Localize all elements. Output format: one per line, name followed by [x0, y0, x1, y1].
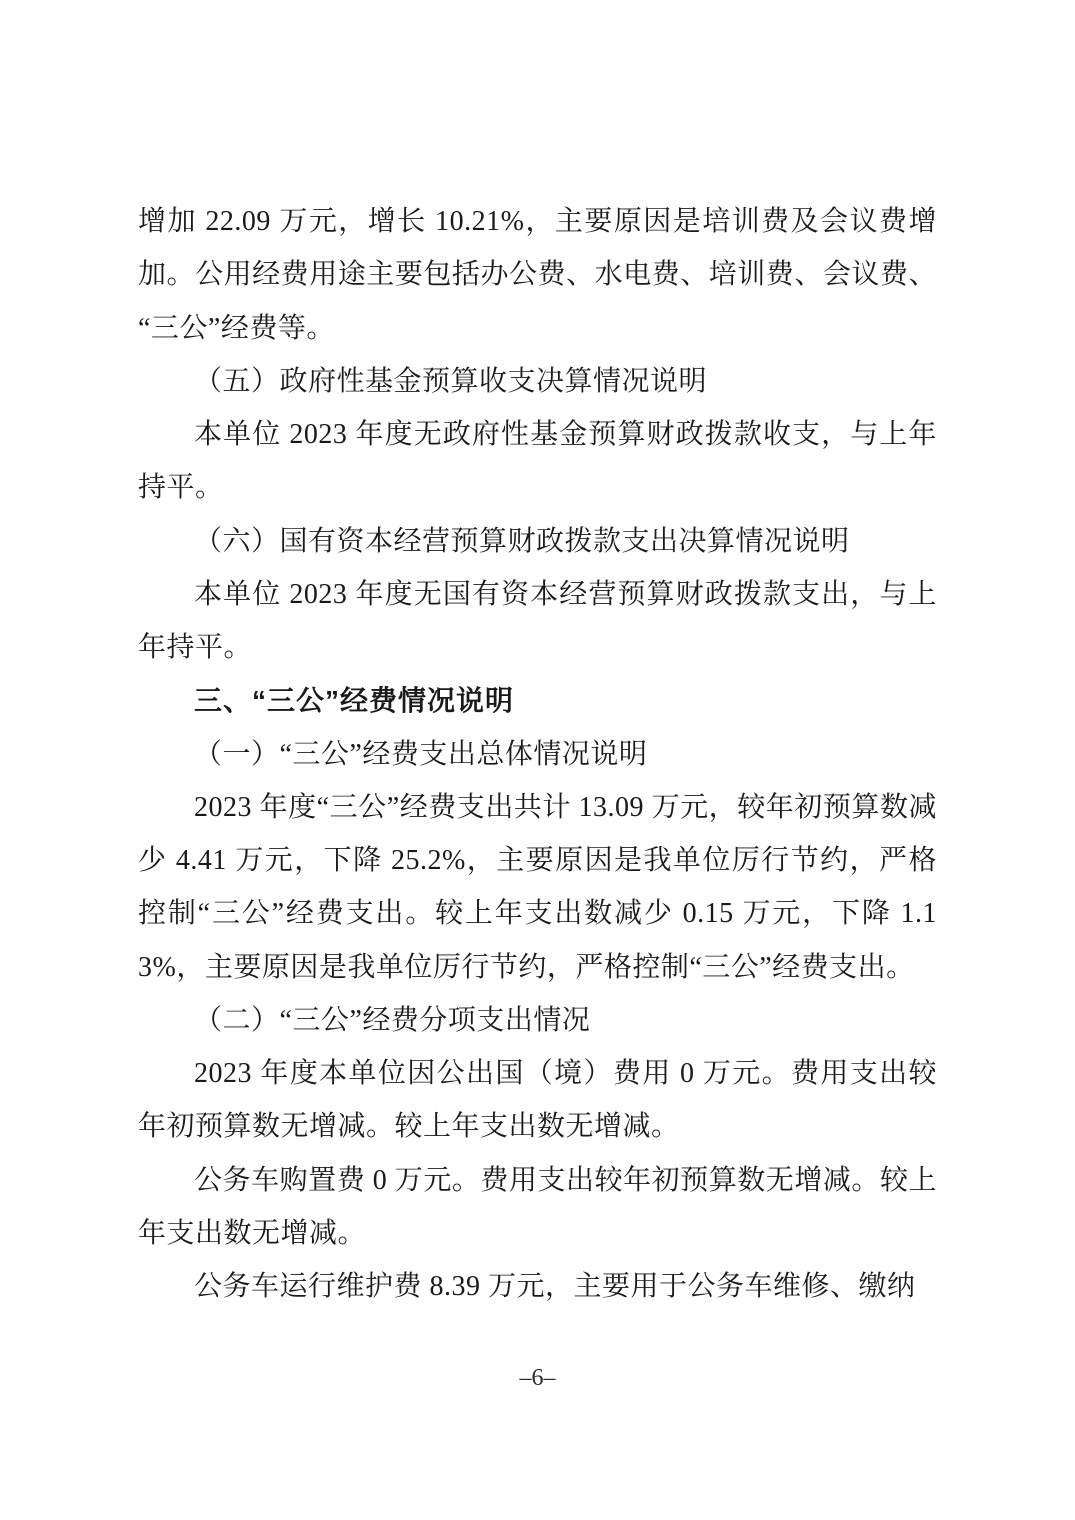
section-heading-6-state-capital-budget: （六）国有资本经营预算财政拨款支出决算情况说明 [138, 515, 937, 568]
paragraph-public-funds-continued: 增加 22.09 万元，增长 10.21%，主要原因是培训费及会议费增加。公用经… [138, 195, 937, 355]
paragraph-state-capital-budget: 本单位 2023 年度无国有资本经营预算财政拨款支出，与上年持平。 [138, 568, 937, 675]
chapter-heading-3-three-public-expenses: 三、“三公”经费情况说明 [138, 674, 937, 727]
document-body: 增加 22.09 万元，增长 10.21%，主要原因是培训费及会议费增加。公用经… [138, 195, 937, 1313]
paragraph-gov-fund-budget: 本单位 2023 年度无政府性基金预算财政拨款收支，与上年持平。 [138, 408, 937, 515]
paragraph-vehicle-maintenance-expense: 公务车运行维护费 8.39 万元，主要用于公务车维修、缴纳 [138, 1260, 937, 1313]
paragraph-vehicle-purchase-expense: 公务车购置费 0 万元。费用支出较年初预算数无增减。较上年支出数无增减。 [138, 1154, 937, 1261]
paragraph-overall-expense: 2023 年度“三公”经费支出共计 13.09 万元，较年初预算数减少 4.41… [138, 781, 937, 994]
document-page: 增加 22.09 万元，增长 10.21%，主要原因是培训费及会议费增加。公用经… [0, 0, 1075, 1520]
section-heading-5-gov-fund-budget: （五）政府性基金预算收支决算情况说明 [138, 355, 937, 408]
section-heading-1-overall-expense: （一）“三公”经费支出总体情况说明 [138, 728, 937, 781]
page-number: –6– [0, 1352, 1075, 1405]
paragraph-overseas-travel-expense: 2023 年度本单位因公出国（境）费用 0 万元。费用支出较年初预算数无增减。较… [138, 1047, 937, 1154]
section-heading-2-itemized-expense: （二）“三公”经费分项支出情况 [138, 994, 937, 1047]
